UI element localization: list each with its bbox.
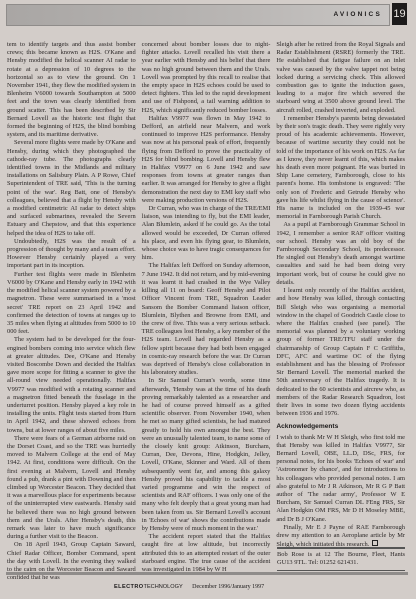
- author-info-box: Bob Rose is at 12 The Bourne, Fleet, Han…: [277, 547, 405, 571]
- end-of-article-icon: [372, 540, 378, 546]
- article-body: tem to identify targets and thus assist …: [7, 41, 405, 537]
- paragraph: The accident report stated that the Hali…: [142, 533, 271, 574]
- paragraph: The system had to be developed for the f…: [7, 336, 136, 434]
- footer-rule: [6, 572, 408, 575]
- magazine-name-bold: ELECTRO: [114, 584, 144, 590]
- column-3: Sleigh after he retired from the Royal S…: [276, 41, 405, 537]
- paragraph: Undoubtedly, H2S was the result of a pro…: [7, 238, 136, 271]
- paragraph: Further test flights were made in Blenhe…: [7, 271, 136, 337]
- paragraph: On 18 April 1943, Group Captain Saward, …: [7, 541, 136, 582]
- paragraph: Finally, Mr E J Payne of RAE Farnborough…: [276, 524, 405, 550]
- paragraph: Halifax V9977 was flown in May 1942 to D…: [142, 115, 271, 205]
- paragraph: Sleigh after he retired from the Royal S…: [276, 41, 405, 115]
- issue-date: December 1996/January 1997: [192, 584, 264, 590]
- paragraph-text: Finally, Mr E J Payne of RAE Farnborough…: [276, 524, 405, 548]
- paragraph: The Halifax left Defford on Sunday after…: [142, 262, 271, 377]
- section-header-bar: [6, 4, 390, 26]
- page-footer: ELECTROTECHNOLOGY December 1996/January …: [114, 584, 264, 590]
- paragraph: concerned about bomber losses due to nig…: [142, 41, 271, 115]
- column-2: concerned about bomber losses due to nig…: [142, 41, 271, 537]
- page-number: 19: [392, 3, 407, 25]
- paragraph: I wish to thank Mr W H Sleigh, who first…: [276, 434, 405, 524]
- paragraph: There were fears of a German airborne ra…: [7, 435, 136, 542]
- paragraph: tem to identify targets and thus assist …: [7, 41, 136, 139]
- magazine-name-rest: TECHNOLOGY: [144, 584, 183, 590]
- paragraph: Dr Curran, who was in charge of the TRE/…: [142, 205, 271, 262]
- paragraph: I remember Hensby's parents being devast…: [276, 115, 405, 222]
- paragraph: I learnt only recently of the Halifax ac…: [276, 287, 405, 418]
- acknowledgements-heading: Acknowledgements: [276, 423, 405, 431]
- column-1: tem to identify targets and thus assist …: [7, 41, 136, 537]
- paragraph: In Sir Samuel Curran's words, some time …: [142, 377, 271, 533]
- paragraph: Several more flights were made by O'Kane…: [7, 139, 136, 237]
- paragraph: As a pupil at Farnborough Grammar School…: [276, 221, 405, 287]
- section-title: AVIONICS: [333, 11, 382, 18]
